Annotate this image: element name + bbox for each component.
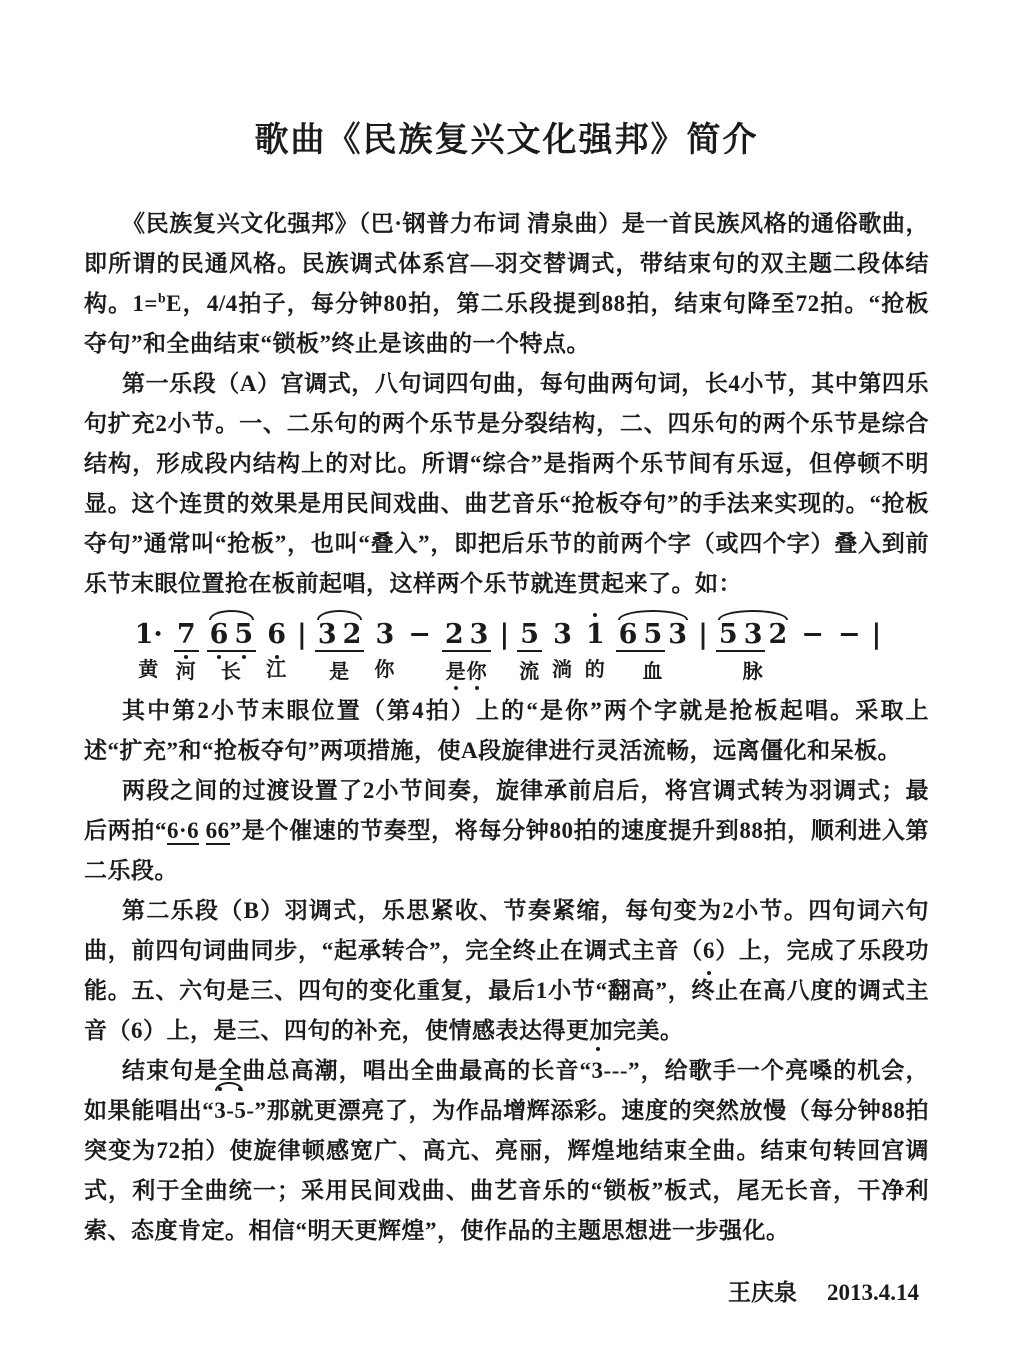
jianpu-note: 6 (264, 620, 289, 650)
lyric-syllable: 是你 (446, 661, 488, 683)
note-group-slur: 532 (716, 620, 790, 652)
jianpu-note: − (835, 620, 864, 650)
note-group-slur: 65 (207, 620, 257, 652)
notation-cell: 65长 (207, 620, 257, 683)
text-run: E，4/4拍子，每分钟80拍，第二乐段提到88拍，结束句降至72拍。“抢板夺句”… (84, 291, 929, 356)
barline: | (499, 620, 509, 650)
lyric-syllable: 你 (374, 659, 395, 681)
lyric-syllable: 黄 (138, 659, 159, 681)
lyric-syllable: 脉 (743, 661, 764, 683)
jianpu-note: 2 (442, 620, 467, 652)
notation-cell: − (405, 620, 434, 659)
notation-cell: 532脉 (716, 620, 790, 683)
notation-cell: − (798, 620, 827, 659)
jianpu-note: 6 (616, 620, 641, 652)
lyric-emphasis-dot: 是 (446, 661, 467, 683)
text-run: 其中第2小节末眼位置（第4拍）上的“是你”两个字就是抢板起唱。采取上述“扩充”和… (84, 698, 929, 763)
inline-notation-hd: 3 (592, 1051, 604, 1091)
jianpu-note: 5 (517, 620, 542, 652)
document-page: 歌曲《民族复兴文化强邦》简介 《民族复兴文化强邦》（巴·钢普力布词 清泉曲）是一… (0, 0, 1013, 1360)
signature-line: 王庆泉2013.4.14 (84, 1273, 929, 1313)
text-run: 结束句是全曲总高潮，唱出全曲最高的长音“ (122, 1058, 592, 1083)
lyric-syllable: 的 (585, 659, 606, 681)
notation-cell: 32是 (315, 620, 365, 683)
lyric-syllable: 血 (642, 661, 663, 683)
jianpu-note: 1· (132, 620, 166, 650)
notation-cell: 3淌 (550, 620, 575, 681)
notation-cell: 1·黄 (132, 620, 166, 681)
text-run (199, 818, 205, 843)
jianpu-note: 3 (315, 620, 340, 652)
note-group: 23 (442, 620, 492, 652)
note-group: 5 (517, 620, 542, 652)
barline: | (297, 620, 307, 650)
note-group: 3 (550, 620, 575, 650)
paragraph: 第一乐段（A）宫调式，八句词四句曲，每句曲两句词，长4小节，其中第四乐句扩充2小… (84, 364, 929, 604)
note-group-slur: 653 (616, 620, 690, 652)
jianpu-note: 3 (467, 620, 492, 652)
author-name: 王庆泉 (728, 1280, 797, 1305)
lyric-syllable: 流 (519, 661, 540, 683)
paragraph: 两段之间的过渡设置了2小节间奏，旋律承前启后，将宫调式转为羽调式；最后两拍“6·… (84, 771, 929, 891)
note-group: 3 (372, 620, 397, 650)
note-group-slur: 32 (315, 620, 365, 652)
notation-cell: 3你 (372, 620, 397, 681)
jianpu-note: 3 (372, 620, 397, 650)
paragraph: 第二乐段（B）羽调式，乐思紧收、节奏紧缩，每句变为2小节。四句词六句曲，前四句词… (84, 891, 929, 1051)
lyric-emphasis-dot: 你 (467, 661, 488, 683)
notation-cell: 1的 (583, 620, 608, 681)
barline: | (698, 620, 708, 650)
intro-section: 《民族复兴文化强邦》（巴·钢普力布词 清泉曲）是一首民族风格的通俗歌曲，即所谓的… (84, 204, 929, 604)
text-run: 第一乐段（A）宫调式，八句词四句曲，每句曲两句词，长4小节，其中第四乐句扩充2小… (84, 371, 929, 596)
jianpu-note: 6 (207, 620, 232, 652)
barline: | (872, 620, 882, 650)
jianpu-note: 7 (174, 620, 199, 652)
text-run: - (226, 1098, 234, 1123)
note-group: − (835, 620, 864, 650)
notation-cell: 653血 (616, 620, 690, 683)
signature-date: 2013.4.14 (827, 1280, 919, 1305)
lyric-syllable: 淌 (552, 659, 573, 681)
lyric-syllable: 长 (221, 661, 242, 683)
notation-cell: − (835, 620, 864, 659)
jianpu-note: 3 (665, 620, 690, 652)
lyric-syllable: 是 (329, 661, 350, 683)
jianpu-note: 5 (716, 620, 741, 652)
note-group: 7 (174, 620, 199, 652)
paragraph: 其中第2小节末眼位置（第4拍）上的“是你”两个字就是抢板起唱。采取上述“扩充”和… (84, 691, 929, 771)
inline-notation-hd: 5 (234, 1091, 246, 1131)
notation-cell: 23是你 (442, 620, 492, 683)
notation-cell: 5流 (517, 620, 542, 683)
paragraph: 《民族复兴文化强邦》（巴·钢普力布词 清泉曲）是一首民族风格的通俗歌曲，即所谓的… (84, 204, 929, 364)
music-notation-example: 1·黄7河65长6江|32是3你−23是你|5流3淌1的653血|532脉−−| (84, 606, 929, 683)
inline-notation-u: 6·6 (167, 818, 199, 845)
jianpu-note: 3 (741, 620, 766, 652)
analysis-section: 其中第2小节末眼位置（第4拍）上的“是你”两个字就是抢板起唱。采取上述“扩充”和… (84, 691, 929, 1251)
inline-notation-sup: b (158, 290, 166, 305)
lyric-syllable: 江 (266, 659, 287, 681)
inline-notation-u: 66 (206, 818, 230, 845)
jianpu-note: 2 (765, 620, 790, 652)
inline-notation-hd: 3 (214, 1091, 226, 1131)
inline-notation-ld: 6 (703, 931, 715, 971)
note-group: 1 (583, 620, 608, 650)
lyric-syllable: 河 (176, 661, 197, 683)
document-title: 歌曲《民族复兴文化强邦》简介 (84, 118, 929, 164)
note-group: 6 (264, 620, 289, 650)
jianpu-note: − (798, 620, 827, 650)
jianpu-note: 2 (340, 620, 365, 652)
jianpu-note: 5 (231, 620, 256, 652)
note-group: − (405, 620, 434, 650)
inline-notation-arc: 3-5 (214, 1091, 246, 1131)
notation-cell: 7河 (174, 620, 199, 683)
note-group: 1· (132, 620, 166, 650)
jianpu-note: − (405, 620, 434, 650)
paragraph: 结束句是全曲总高潮，唱出全曲最高的长音“3---”，给歌手一个亮嗓的机会，如果能… (84, 1051, 929, 1251)
jianpu-note: 1 (583, 620, 608, 650)
jianpu-note: 3 (550, 620, 575, 650)
notation-cell: 6江 (264, 620, 289, 681)
note-group: − (798, 620, 827, 650)
jianpu-note: 5 (640, 620, 665, 652)
